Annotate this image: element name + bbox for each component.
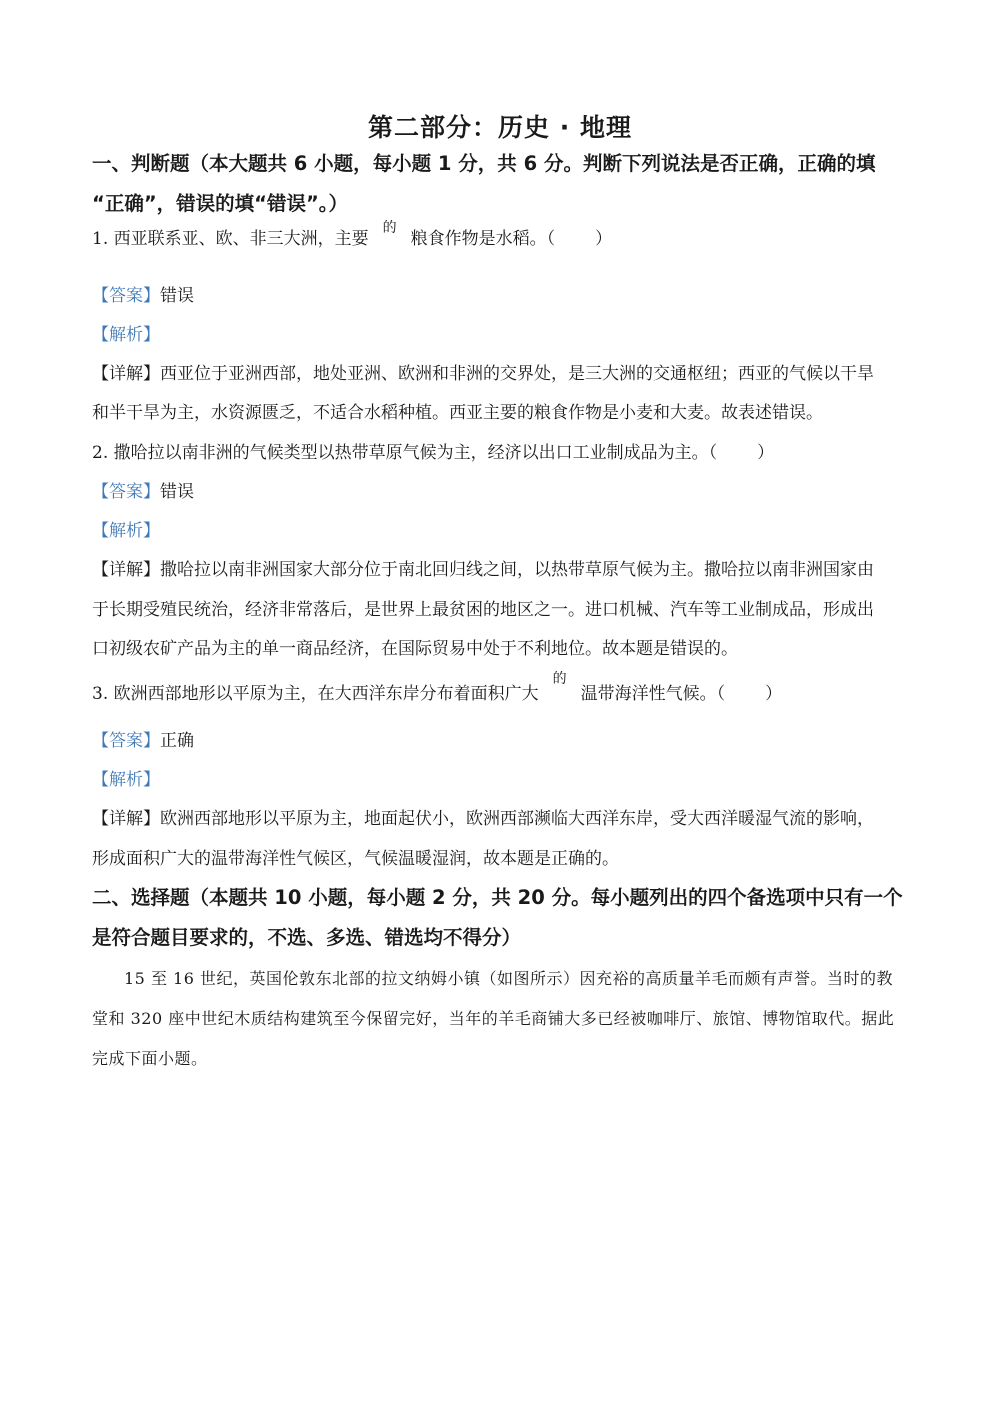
section1-heading-line1: 一、判断题（本大题共 6 小题，每小题 1 分，共 6 分。判断下列说法是否正确… bbox=[92, 144, 922, 184]
question-number: 2. bbox=[92, 443, 108, 463]
answer-value: 错误 bbox=[160, 286, 194, 306]
superscript-char: 的 bbox=[553, 671, 567, 687]
page-title: 第二部分：历史 · 地理 bbox=[0, 108, 1000, 144]
section2-heading: 二、选择题（本题共 10 小题，每小题 2 分，共 20 分。每小题列出的四个备… bbox=[92, 878, 922, 958]
answer-label: 【答案】 bbox=[92, 731, 160, 751]
detail-line: 【详解】西亚位于亚洲西部，地处亚洲、欧洲和非洲的交界处，是三大洲的交通枢纽；西亚… bbox=[92, 363, 922, 385]
question-text: 撒哈拉以南非洲的气候类型以热带草原气候为主，经济以出口工业制成品为主。（ bbox=[114, 443, 718, 463]
question-text: 欧洲西部地形以平原为主，在大西洋东岸分布着面积广大 bbox=[114, 684, 539, 704]
detail-text: 撒哈拉以南非洲国家大部分位于南北回归线之间，以热带草原气候为主。撒哈拉以南非洲国… bbox=[160, 560, 874, 580]
question-text-cont: 粮食作物是水稻。（ bbox=[411, 229, 556, 249]
question-text-cont: 温带海洋性气候。（ bbox=[581, 684, 726, 704]
answer-row: 【答案】错误 bbox=[92, 285, 922, 307]
analysis-label: 【解析】 bbox=[92, 521, 160, 541]
section2-intro: 15 至 16 世纪，英国伦敦东北部的拉文纳姆小镇（如图所示）因充裕的高质量羊毛… bbox=[92, 959, 907, 1079]
question-2: 2. 撒哈拉以南非洲的气候类型以热带草原气候为主，经济以出口工业制成品为主。（） bbox=[92, 442, 922, 464]
answer-value: 正确 bbox=[160, 731, 194, 751]
question-text: 西亚联系亚、欧、非三大洲，主要 bbox=[114, 229, 369, 249]
detail-label: 【详解】 bbox=[92, 560, 160, 580]
close-paren: ） bbox=[765, 684, 782, 704]
close-paren: ） bbox=[595, 229, 612, 249]
answer-row: 【答案】正确 bbox=[92, 730, 922, 752]
detail-line: 和半干旱为主，水资源匮乏，不适合水稻种植。西亚主要的粮食作物是小麦和大麦。故表述… bbox=[92, 402, 922, 424]
question-3: 3. 欧洲西部地形以平原为主，在大西洋东岸分布着面积广大的温带海洋性气候。（） bbox=[92, 683, 922, 706]
detail-label: 【详解】 bbox=[92, 364, 160, 384]
detail-line: 形成面积广大的温带海洋性气候区，气候温暖湿润，故本题是正确的。 bbox=[92, 848, 922, 870]
analysis-row: 【解析】 bbox=[92, 324, 922, 346]
question-number: 1. bbox=[92, 229, 108, 249]
question-number: 3. bbox=[92, 684, 108, 704]
answer-value: 错误 bbox=[160, 482, 194, 502]
detail-text: 西亚位于亚洲西部，地处亚洲、欧洲和非洲的交界处，是三大洲的交通枢纽；西亚的气候以… bbox=[160, 364, 874, 384]
analysis-label: 【解析】 bbox=[92, 770, 160, 790]
detail-line: 于长期受殖民统治，经济非常落后，是世界上最贫困的地区之一。进口机械、汽车等工业制… bbox=[92, 599, 922, 621]
section2-heading-line1: 二、选择题（本题共 10 小题，每小题 2 分，共 20 分。每小题列出的四个备… bbox=[92, 878, 922, 918]
analysis-label: 【解析】 bbox=[92, 325, 160, 345]
section1-heading-line2: “正确”，错误的填“错误”。） bbox=[92, 184, 922, 224]
answer-label: 【答案】 bbox=[92, 482, 160, 502]
detail-line: 【详解】撒哈拉以南非洲国家大部分位于南北回归线之间，以热带草原气候为主。撒哈拉以… bbox=[92, 559, 922, 581]
close-paren: ） bbox=[757, 443, 774, 463]
detail-text: 欧洲西部地形以平原为主，地面起伏小，欧洲西部濒临大西洋东岸，受大西洋暖湿气流的影… bbox=[160, 809, 874, 829]
analysis-row: 【解析】 bbox=[92, 520, 922, 542]
analysis-row: 【解析】 bbox=[92, 769, 922, 791]
answer-label: 【答案】 bbox=[92, 286, 160, 306]
superscript-char: 的 bbox=[383, 220, 397, 236]
section1-heading: 一、判断题（本大题共 6 小题，每小题 1 分，共 6 分。判断下列说法是否正确… bbox=[92, 144, 922, 224]
section2-heading-line2: 是符合题目要求的，不选、多选、错选均不得分） bbox=[92, 918, 922, 958]
detail-line: 口初级农矿产品为主的单一商品经济，在国际贸易中处于不利地位。故本题是错误的。 bbox=[92, 638, 922, 660]
detail-label: 【详解】 bbox=[92, 809, 160, 829]
question-1: 1. 西亚联系亚、欧、非三大洲，主要的粮食作物是水稻。（） bbox=[92, 228, 922, 251]
answer-row: 【答案】错误 bbox=[92, 481, 922, 503]
detail-line: 【详解】欧洲西部地形以平原为主，地面起伏小，欧洲西部濒临大西洋东岸，受大西洋暖湿… bbox=[92, 808, 922, 830]
